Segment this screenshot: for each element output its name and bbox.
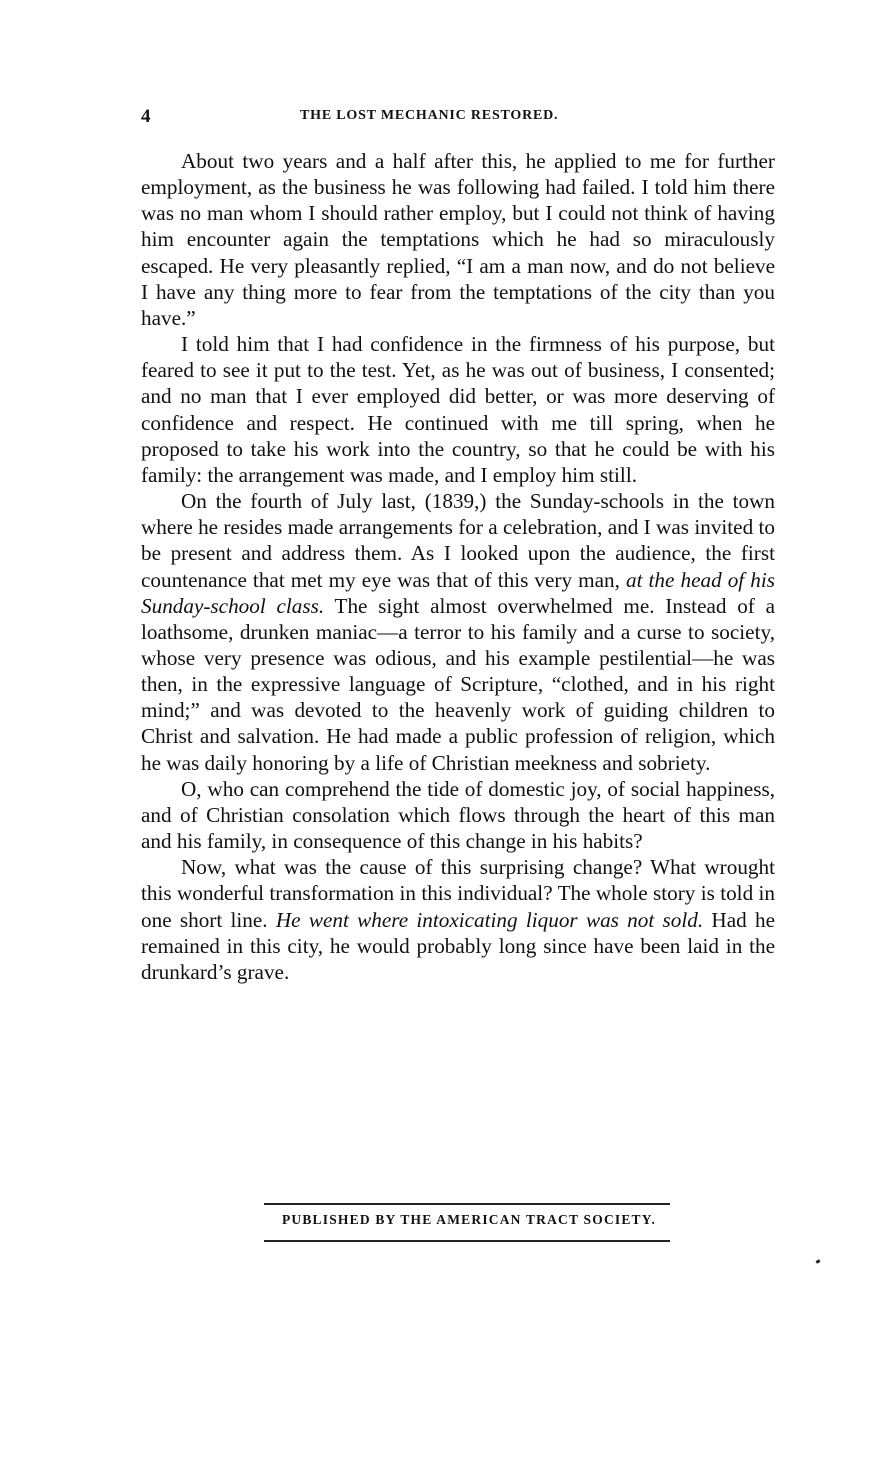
text-segment: The sight almost overwhelmed me. Instead… <box>141 594 775 775</box>
paragraph: About two years and a half after this, h… <box>141 148 775 331</box>
footer-rule-bottom <box>264 1240 670 1242</box>
paragraph: Now, what was the cause of this surprisi… <box>141 854 775 985</box>
text-segment: About two years and a half after this, h… <box>141 149 775 330</box>
running-title: THE LOST MECHANIC RESTORED. <box>300 108 558 124</box>
paragraph: I told him that I had confidence in the … <box>141 331 775 488</box>
body-text: About two years and a half after this, h… <box>141 148 775 985</box>
footer-rule-top <box>264 1203 670 1205</box>
italic-emphasis: He went where intoxicating liquor was no… <box>276 908 703 932</box>
publisher-imprint: PUBLISHED BY THE AMERICAN TRACT SOCIETY. <box>228 1212 710 1228</box>
page-number: 4 <box>141 106 151 128</box>
text-segment: I told him that I had confidence in the … <box>141 332 775 487</box>
paragraph: O, who can comprehend the tide of domest… <box>141 776 775 854</box>
paragraph: On the fourth of July last, (1839,) the … <box>141 488 775 776</box>
scan-speck <box>816 1259 821 1264</box>
text-segment: O, who can comprehend the tide of domest… <box>141 777 775 853</box>
